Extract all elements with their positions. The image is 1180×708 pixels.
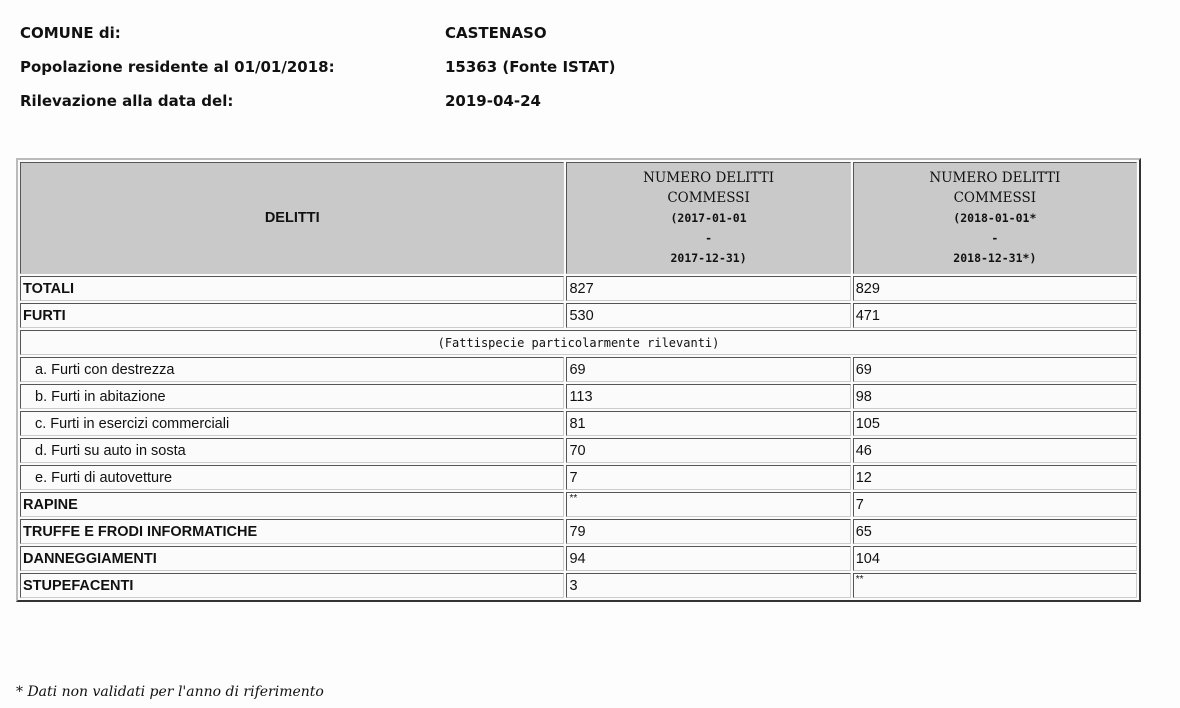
value-2018: 98	[853, 384, 1137, 409]
value-2017: 81	[566, 411, 850, 436]
table-header-row: DELITTI NUMERO DELITTI COMMESSI (2017-01…	[20, 162, 1137, 274]
table-row: FURTI 530 471	[20, 303, 1137, 328]
info-value: CASTENASO	[445, 24, 547, 42]
row-label: c. Furti in esercizi commerciali	[20, 411, 564, 436]
row-label: a. Furti con destrezza	[20, 357, 564, 382]
value-2018: 46	[853, 438, 1137, 463]
column-header-2017: NUMERO DELITTI COMMESSI (2017-01-01 - 20…	[566, 162, 850, 274]
value-2017: 827	[566, 276, 850, 301]
info-value: 15363 (Fonte ISTAT)	[445, 58, 615, 76]
info-label: COMUNE di:	[20, 24, 445, 42]
row-label: TRUFFE E FRODI INFORMATICHE	[20, 519, 564, 544]
header-line: 2017-12-31)	[569, 248, 847, 268]
info-row-comune: COMUNE di: CASTENASO	[20, 16, 615, 50]
value-2018: 69	[853, 357, 1137, 382]
header-line: COMMESSI	[856, 188, 1134, 208]
info-row-population: Popolazione residente al 01/01/2018: 153…	[20, 50, 615, 84]
crime-table: DELITTI NUMERO DELITTI COMMESSI (2017-01…	[16, 158, 1141, 602]
table-row: TOTALI 827 829	[20, 276, 1137, 301]
value-2017: 3	[566, 573, 850, 598]
info-label: Popolazione residente al 01/01/2018:	[20, 58, 445, 76]
value-2018: 105	[853, 411, 1137, 436]
table-row: STUPEFACENTI 3 **	[20, 573, 1137, 598]
value-2017: 79	[566, 519, 850, 544]
table-row: DANNEGGIAMENTI 94 104	[20, 546, 1137, 571]
table-row: e. Furti di autovetture 7 12	[20, 465, 1137, 490]
value-2017: 94	[566, 546, 850, 571]
table-row: RAPINE ** 7	[20, 492, 1137, 517]
column-header-2018: NUMERO DELITTI COMMESSI (2018-01-01* - 2…	[853, 162, 1137, 274]
table-row: b. Furti in abitazione 113 98	[20, 384, 1137, 409]
value-2017: 7	[566, 465, 850, 490]
header-line: NUMERO DELITTI	[856, 168, 1134, 188]
header-line: NUMERO DELITTI	[569, 168, 847, 188]
info-label: Rilevazione alla data del:	[20, 92, 445, 110]
value-2018: 12	[853, 465, 1137, 490]
value-2017: 113	[566, 384, 850, 409]
column-header-delitti: DELITTI	[20, 162, 564, 274]
value-2017: **	[566, 492, 850, 517]
row-label: d. Furti su auto in sosta	[20, 438, 564, 463]
row-label: b. Furti in abitazione	[20, 384, 564, 409]
header-line: 2018-12-31*)	[856, 248, 1134, 268]
note-row: (Fattispecie particolarmente rilevanti)	[20, 330, 1137, 355]
header-line: (2017-01-01	[569, 208, 847, 228]
value-2018: 104	[853, 546, 1137, 571]
row-label: RAPINE	[20, 492, 564, 517]
header-line: -	[856, 228, 1134, 248]
table-row: d. Furti su auto in sosta 70 46	[20, 438, 1137, 463]
table-row: c. Furti in esercizi commerciali 81 105	[20, 411, 1137, 436]
row-label: e. Furti di autovetture	[20, 465, 564, 490]
header-line: COMMESSI	[569, 188, 847, 208]
row-label: TOTALI	[20, 276, 564, 301]
note-text: (Fattispecie particolarmente rilevanti)	[20, 330, 1137, 355]
footnote: * Dati non validati per l'anno di riferi…	[16, 684, 324, 700]
value-2017: 70	[566, 438, 850, 463]
value-2018: 7	[853, 492, 1137, 517]
table-row: TRUFFE E FRODI INFORMATICHE 79 65	[20, 519, 1137, 544]
row-label: FURTI	[20, 303, 564, 328]
header-line: -	[569, 228, 847, 248]
value-2017: 530	[566, 303, 850, 328]
value-2017: 69	[566, 357, 850, 382]
info-value: 2019-04-24	[445, 92, 541, 110]
value-2018: **	[853, 573, 1137, 598]
header-line: (2018-01-01*	[856, 208, 1134, 228]
municipality-info: COMUNE di: CASTENASO Popolazione residen…	[20, 16, 615, 118]
value-2018: 65	[853, 519, 1137, 544]
info-row-date: Rilevazione alla data del: 2019-04-24	[20, 84, 615, 118]
row-label: STUPEFACENTI	[20, 573, 564, 598]
value-2018: 471	[853, 303, 1137, 328]
table-row: a. Furti con destrezza 69 69	[20, 357, 1137, 382]
value-2018: 829	[853, 276, 1137, 301]
row-label: DANNEGGIAMENTI	[20, 546, 564, 571]
